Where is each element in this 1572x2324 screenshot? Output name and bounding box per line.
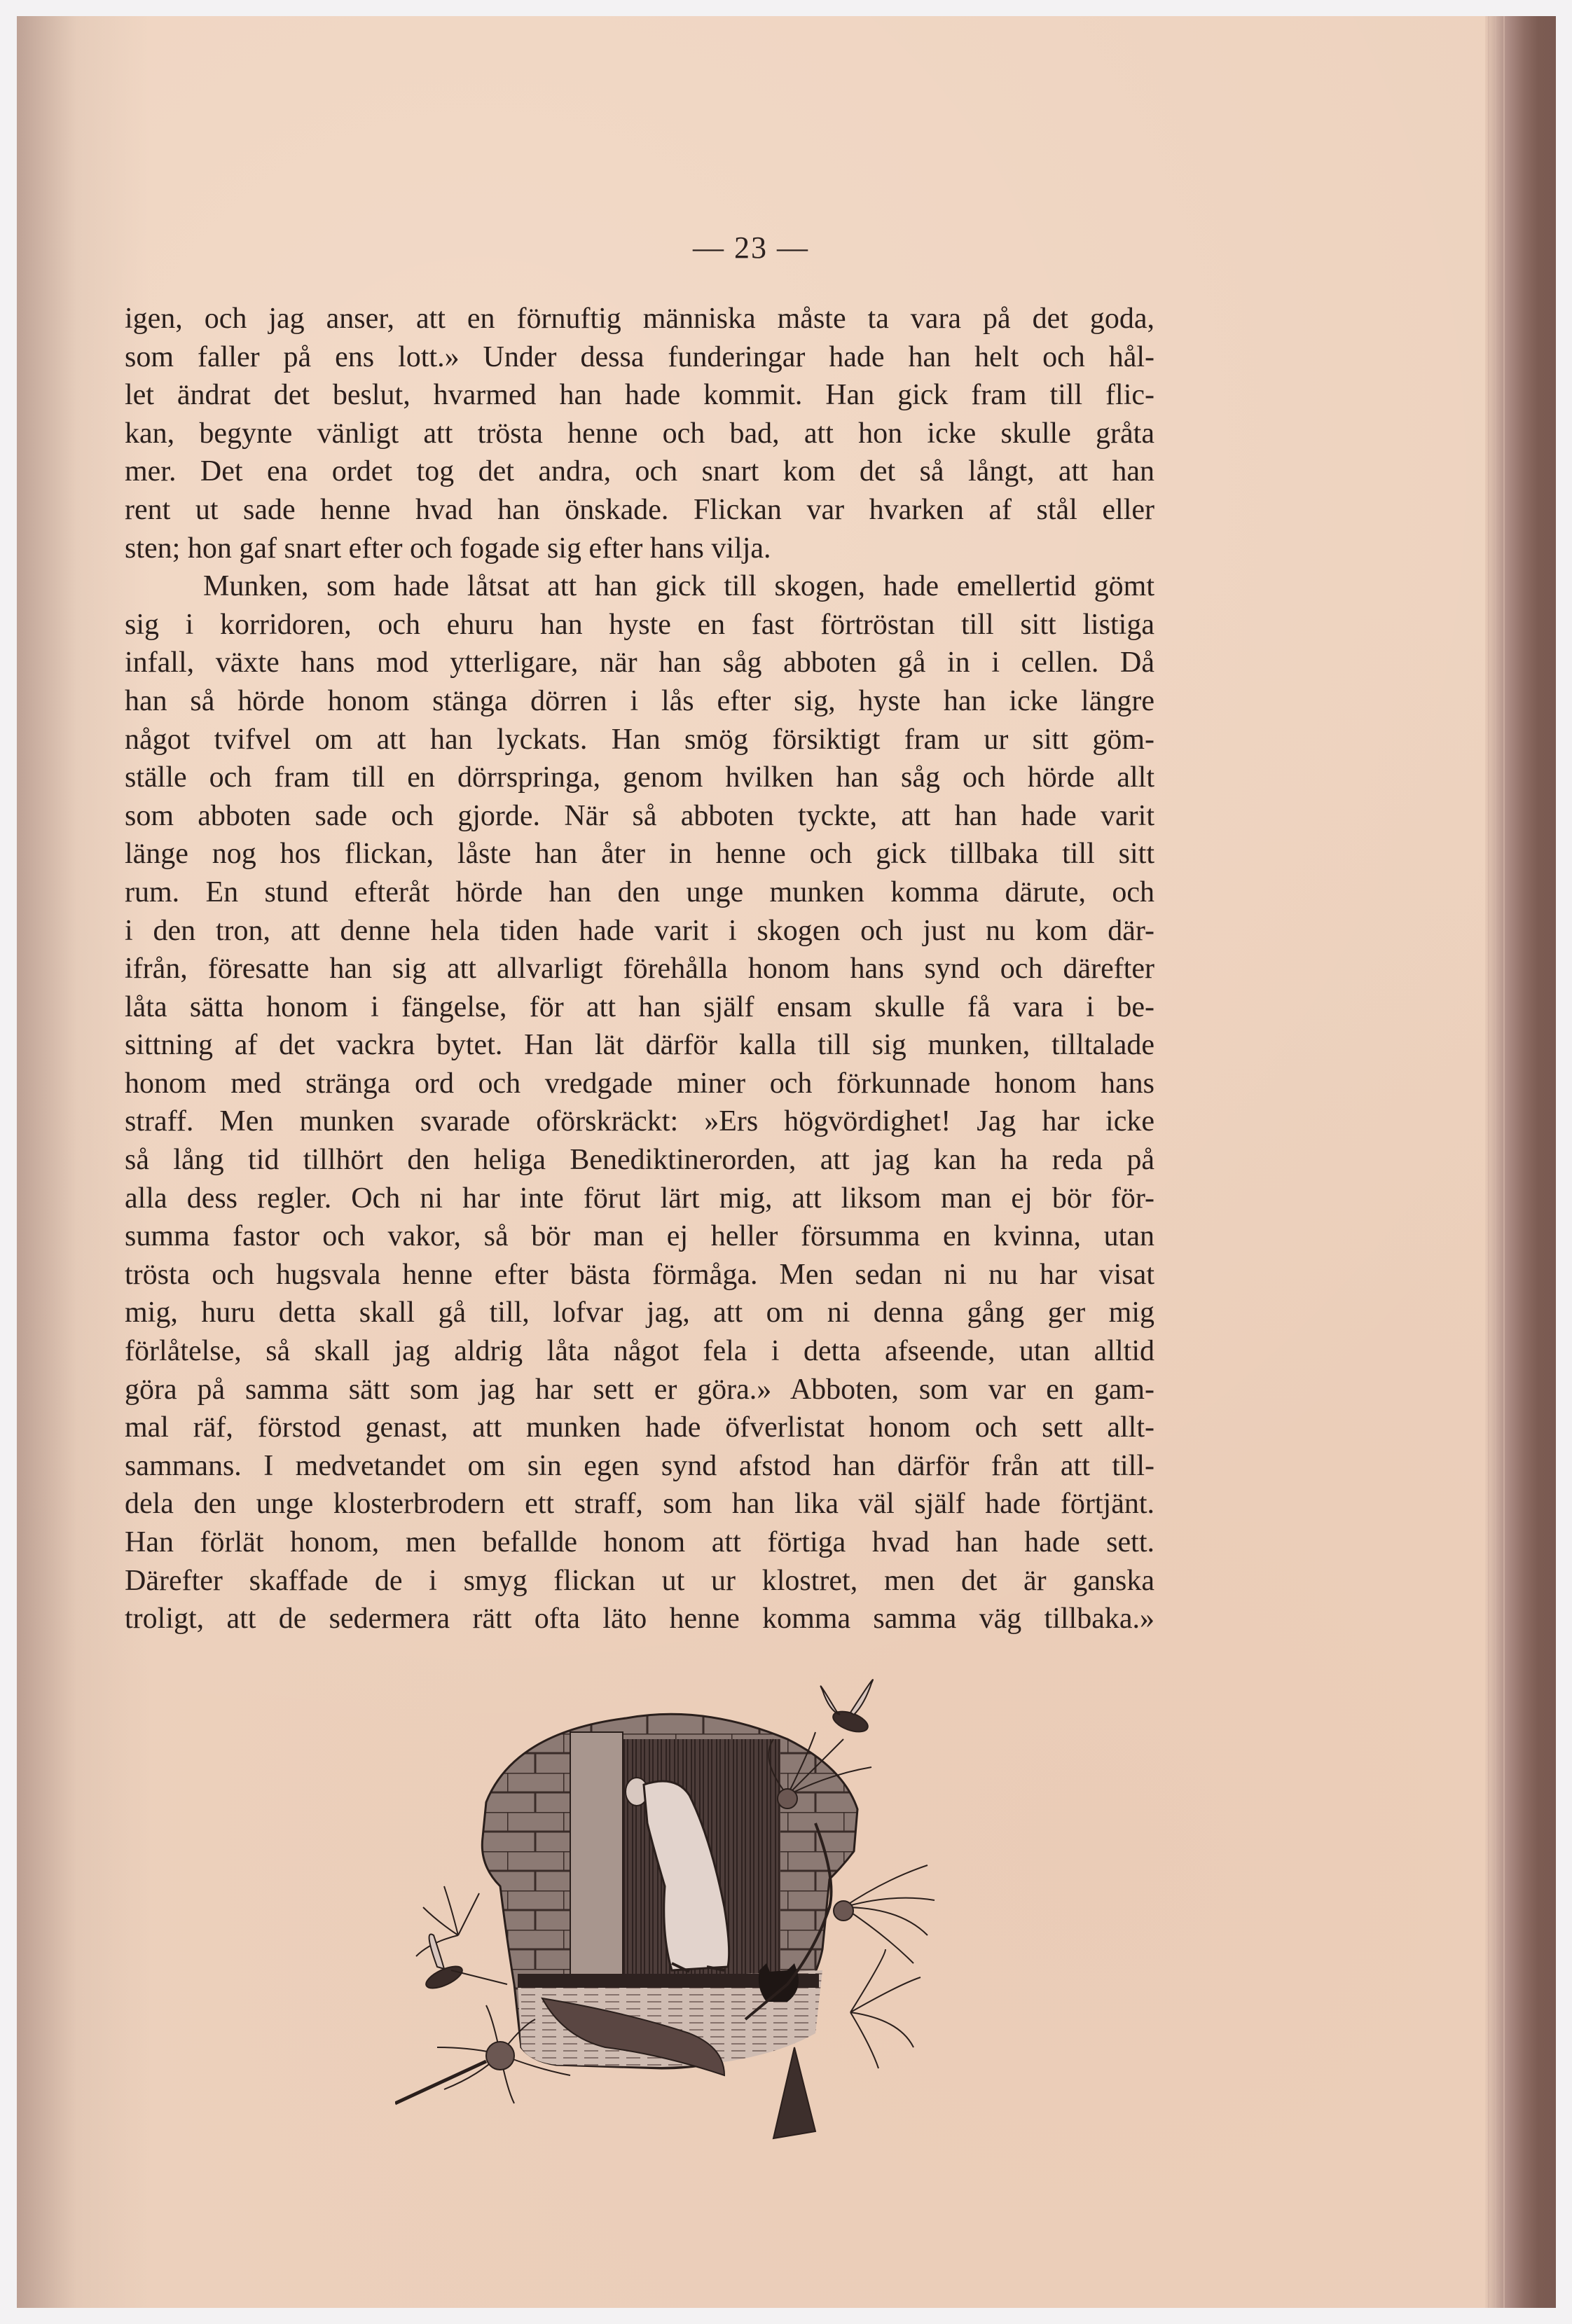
text-line: göra på samma sätt som jag har sett er g… xyxy=(125,1371,1154,1409)
text-line: sammans. I medvetandet om sin egen synd … xyxy=(125,1447,1154,1486)
text-line: straff. Men munken svarade oförskräckt: … xyxy=(125,1102,1154,1141)
text-line: rum. En stund efteråt hörde han den unge… xyxy=(125,873,1154,912)
text-line: sig i korridoren, och ehuru han hyste en… xyxy=(125,606,1154,644)
bee xyxy=(821,1680,874,1736)
text-line: ifrån, föresatte han sig att allvarligt … xyxy=(125,950,1154,988)
text-line: alla dess regler. Och ni har inte förut … xyxy=(125,1180,1154,1218)
text-line: ställe och fram till en dörrspringa, gen… xyxy=(125,759,1154,797)
text-line: låta sätta honom i fängelse, för att han… xyxy=(125,988,1154,1027)
wasp xyxy=(423,1934,507,1992)
text-line: rent ut sade henne hvad han önskade. Fli… xyxy=(125,491,1154,530)
text-line: så lång tid tillhört den heliga Benedikt… xyxy=(125,1141,1154,1180)
text-line: sten; hon gaf snart efter och fogade sig… xyxy=(125,530,1154,568)
text-line: som abboten sade och gjorde. När så abbo… xyxy=(125,797,1154,836)
page-number: — 23 — xyxy=(17,230,1485,265)
text-line: mig, huru detta skall gå till, lofvar ja… xyxy=(125,1294,1154,1332)
text-line: infall, växte hans mod ytterligare, när … xyxy=(125,644,1154,682)
text-line: trösta och hugsvala henne efter bästa fö… xyxy=(125,1256,1154,1294)
text-line: Han förlät honom, men befallde honom att… xyxy=(125,1523,1154,1562)
text-line: dela den unge klosterbrodern ett straff,… xyxy=(125,1485,1154,1523)
text-line: mer. Det ena ordet tog det andra, och sn… xyxy=(125,452,1154,491)
text-line: länge nog hos flickan, låste han åter in… xyxy=(125,835,1154,873)
text-line: kan, begynte vänligt att trösta henne oc… xyxy=(125,415,1154,453)
text-line: summa fastor och vakor, så bör man ej he… xyxy=(125,1217,1154,1256)
text-line: let ändrat det beslut, hvarmed han hade … xyxy=(125,376,1154,415)
engraving-illustration xyxy=(395,1655,942,2187)
paragraph-start-line: Munken, som hade låtsat att han gick til… xyxy=(125,567,1154,606)
book-spine-edge xyxy=(1485,16,1556,2308)
text-line: mal räf, förstod genast, att munken hade… xyxy=(125,1409,1154,1447)
text-line: troligt, att de sedermera rätt ofta läto… xyxy=(125,1600,1154,1638)
text-line: han så hörde honom stänga dörren i lås e… xyxy=(125,682,1154,721)
text-line: sittning af det vackra bytet. Han lät dä… xyxy=(125,1026,1154,1065)
text-line: något tvifvel om att han lyckats. Han sm… xyxy=(125,721,1154,759)
text-line: förlåtelse, så skall jag aldrig låta någ… xyxy=(125,1332,1154,1371)
book-page: — 23 — igen, och jag anser, att en förnu… xyxy=(17,16,1556,2308)
text-line: som faller på ens lott.» Under dessa fun… xyxy=(125,338,1154,377)
text-line: Därefter skaffade de i smyg flickan ut u… xyxy=(125,1562,1154,1600)
text-line: honom med stränga ord och vredgade miner… xyxy=(125,1065,1154,1103)
text-line: igen, och jag anser, att en förnuftig mä… xyxy=(125,300,1154,338)
body-text: igen, och jag anser, att en förnuftig mä… xyxy=(125,300,1154,1638)
text-line: i den tron, att denne hela tiden hade va… xyxy=(125,912,1154,950)
